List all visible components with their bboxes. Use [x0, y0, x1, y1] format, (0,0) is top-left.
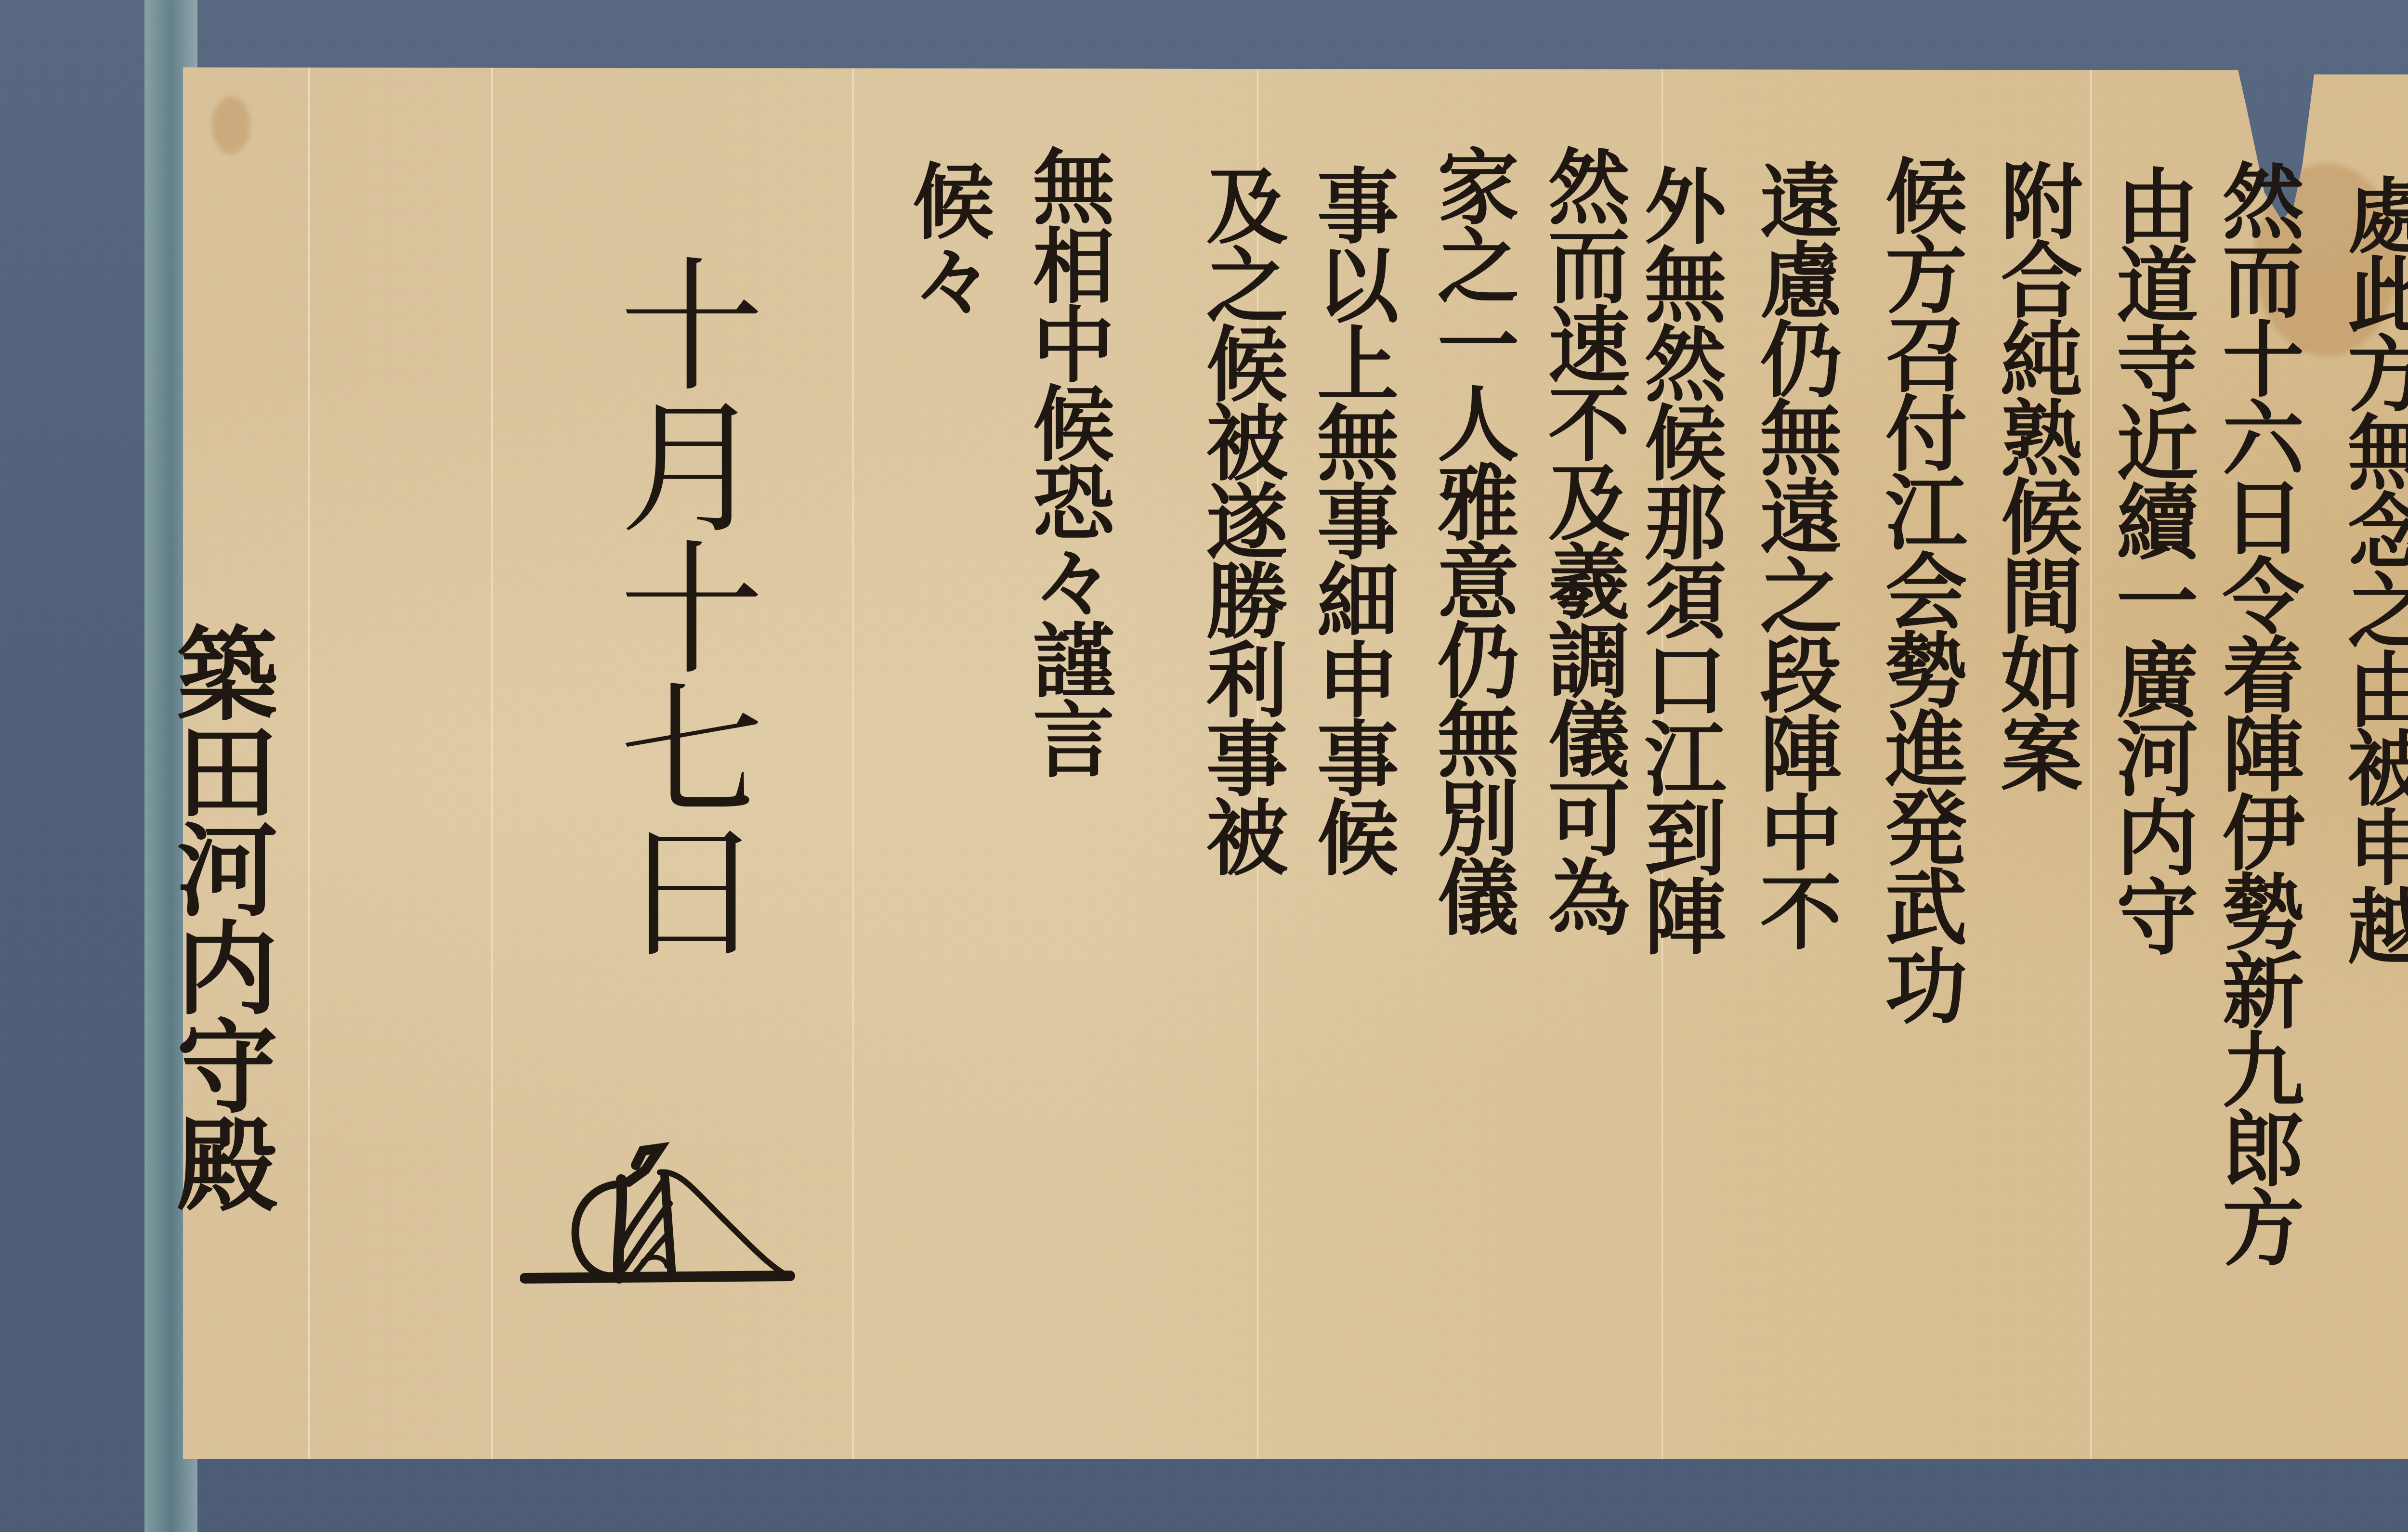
letter-body-column: 候方召付江会勢進発武功 [1878, 154, 1960, 1023]
letter-body-column: 遠慮仍無遠之段陣中不 [1753, 159, 1835, 948]
water-stain [212, 96, 250, 154]
letter-body-column: 事以上無事細申事候 [1310, 164, 1392, 874]
fold-line [308, 67, 310, 1459]
letter-body-column: 候々 [905, 159, 987, 317]
letter-body-column: 由道寺近續一廣河内守 [2109, 164, 2191, 953]
letter-body-column: 然而速不及羲調儀可為 [1541, 144, 1623, 934]
letter-body-column: 附合純熟候間如案 [1994, 159, 2076, 791]
kao-signature-seal [520, 1141, 814, 1300]
letter-addressee: 築田河内守殿 [169, 621, 270, 1210]
fold-line [2090, 67, 2092, 1459]
letter-body-column: 家之一人雅意仍無別儀 [1430, 144, 1512, 934]
fold-line [852, 67, 854, 1459]
letter-body-column: 外無然候那須口江到陣 [1637, 164, 1719, 953]
letter-body-column: 無相中候恐々謹言 [1026, 144, 1108, 776]
letter-body-column: 處此方無念之由被申越 [2341, 173, 2408, 963]
letter-body-column: 及之候被遂勝利事被 [1199, 164, 1281, 874]
fold-line [491, 67, 493, 1459]
letter-date: 十月十七日 [607, 250, 751, 958]
letter-body-column: 然而十六日令着陣伊勢新九郎方 [2215, 159, 2297, 1264]
